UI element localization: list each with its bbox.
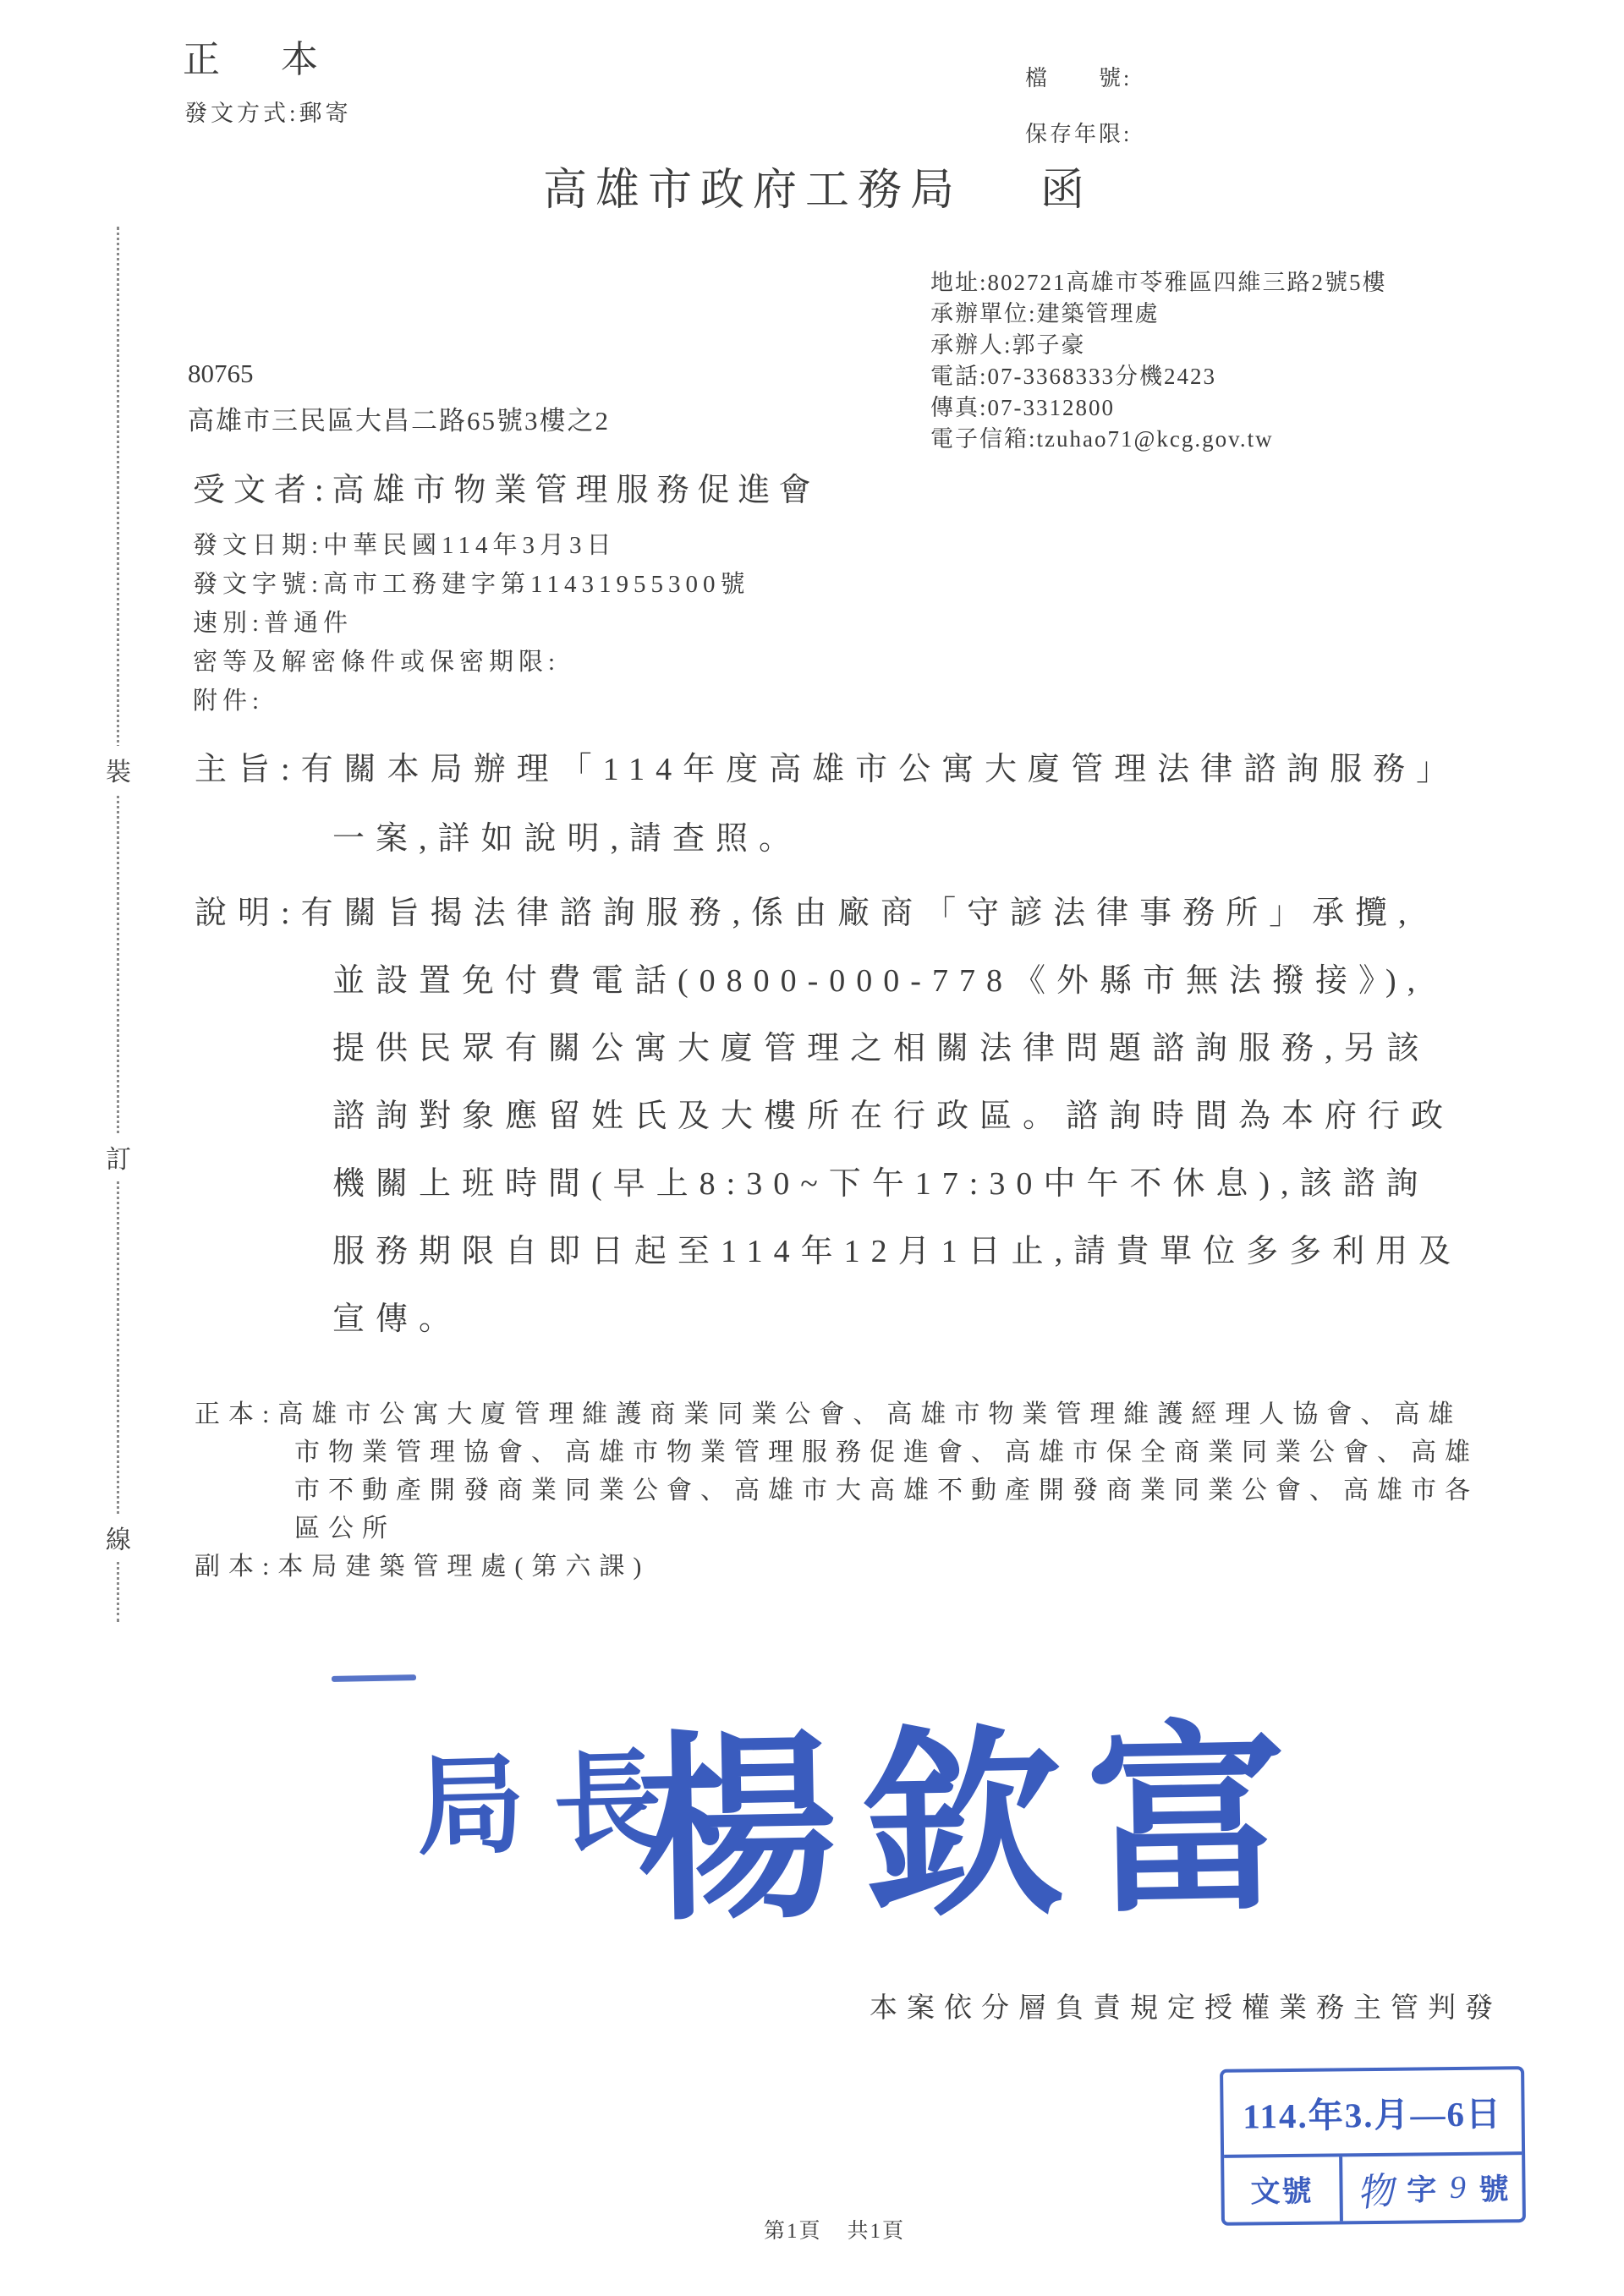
date-received-stamp: 114.年3.月—6日 文號 物 字 9 號 <box>1220 2066 1526 2226</box>
issue-date: 發文日期:中華民國114年3月3日 <box>193 526 749 565</box>
subject-label: 主旨: <box>195 752 301 787</box>
stamp-bottom-row: 文號 物 字 9 號 <box>1224 2151 1522 2222</box>
total-pages: 共1頁 <box>848 2214 906 2244</box>
issue-number: 發文字號:高市工務建字第11431955300號 <box>193 565 749 604</box>
signature-ink-dash <box>332 1674 416 1682</box>
speed-class: 速別:普通件 <box>193 604 749 643</box>
original-copies-line-1: 正本:高雄市公寓大廈管理維護商業同業公會、高雄市物業管理維護經理人協會、高雄 <box>195 1393 1462 1430</box>
stamp-doc-no-label: 文號 <box>1224 2156 1343 2222</box>
recipient-line: 受文者:高雄市物業管理服務促進會 <box>193 463 820 510</box>
stamp-suffix: 號 <box>1479 2166 1509 2208</box>
stamp-number: 9 <box>1450 2169 1466 2206</box>
original-copies-line-2: 市物業管理協會、高雄市物業管理服務促進會、高雄市保全商業同業公會、高雄 <box>294 1431 1479 1468</box>
carbon-copy-line: 副本:本局建築管理處(第六課) <box>195 1545 650 1582</box>
original-copies-label: 正本: <box>195 1400 277 1428</box>
document-title: 高雄市政府工務局 函 <box>543 154 1093 217</box>
fax-number: 傳真:07-3312800 <box>930 392 1387 424</box>
stamp-hand-character: 物 <box>1353 2160 1396 2218</box>
contact-info-block: 地址:802721高雄市苓雅區四維三路2號5樓 承辦單位:建築管理處 承辦人:郭… <box>930 267 1387 455</box>
signature-name: 楊欽富 <box>634 1658 1314 1959</box>
carbon-copy-label: 副本: <box>195 1553 277 1581</box>
page-footer: 第1頁 共1頁 <box>764 2214 905 2244</box>
stamp-date: 114.年3.月—6日 <box>1223 2069 1522 2155</box>
binding-dotted-line <box>117 227 119 1622</box>
recipient-zip: 80765 <box>188 359 254 389</box>
description-line-1: 說明:有關旨揭法律諮詢服務,係由廠商「守諺法律事務所」承攬, <box>195 886 1418 933</box>
document-type: 函 <box>1040 154 1093 217</box>
file-number-label: 檔 號: <box>1025 61 1132 92</box>
description-text-1: 有關旨揭法律諮詢服務,係由廠商「守諺法律事務所」承攬, <box>301 896 1418 931</box>
recipient-street-address: 高雄市三民區大昌二路65號3樓之2 <box>188 399 610 437</box>
handling-person: 承辦人:郭子豪 <box>930 330 1387 361</box>
description-line-5: 機關上班時間(早上8:30~下午17:30中午不休息),該諮詢 <box>332 1157 1429 1203</box>
delivery-method: 發文方式:郵寄 <box>184 95 352 128</box>
copy-type-label: 正 本 <box>183 29 330 83</box>
original-copies-line-4: 區公所 <box>294 1507 396 1544</box>
stamp-doc-no-value: 物 字 9 號 <box>1342 2155 1522 2221</box>
retention-period-label: 保存年限: <box>1025 117 1132 148</box>
subject-line-2: 一案,詳如說明,請查照。 <box>332 812 802 858</box>
binding-mark-ding: 訂 <box>100 1133 137 1181</box>
subject-text-1: 有關本局辦理「114年度高雄市公寓大廈管理法律諮詢服務」 <box>301 752 1460 787</box>
agency-address: 地址:802721高雄市苓雅區四維三路2號5樓 <box>930 267 1387 299</box>
authorization-note: 本案依分層負責規定授權業務主管判發 <box>870 1986 1502 2025</box>
description-line-4: 諮詢對象應留姓氏及大樓所在行政區。諮詢時間為本府行政 <box>332 1089 1454 1136</box>
document-page: 正 本 發文方式:郵寄 檔 號: 保存年限: 高雄市政府工務局 函 地址:802… <box>0 0 1624 2296</box>
page-number: 第1頁 <box>764 2214 822 2244</box>
stamp-word-character: 字 <box>1407 2167 1437 2209</box>
handling-unit: 承辦單位:建築管理處 <box>930 299 1387 330</box>
attachment-label: 附件: <box>193 682 749 721</box>
description-line-6: 服務期限自即日起至114年12月1日止,請貴單位多多利用及 <box>332 1225 1462 1271</box>
issuing-agency: 高雄市政府工務局 <box>543 154 963 217</box>
document-meta-block: 發文日期:中華民國114年3月3日 發文字號:高市工務建字第1143195530… <box>193 526 749 721</box>
phone-number: 電話:07-3368333分機2423 <box>930 361 1387 392</box>
description-line-7: 宣傳。 <box>332 1292 462 1339</box>
binding-mark-zhuang: 裝 <box>100 746 137 793</box>
description-line-2: 並設置免付費電話(0800-000-778《外縣市無法撥接》), <box>332 954 1426 1000</box>
carbon-copy-text: 本局建築管理處(第六課) <box>277 1553 650 1581</box>
original-copies-line-3: 市不動產開發商業同業公會、高雄市大高雄不動產開發商業同業公會、高雄市各 <box>294 1469 1479 1506</box>
description-line-3: 提供民眾有關公寓大廈管理之相關法律問題諮詢服務,另該 <box>332 1022 1430 1068</box>
email-address: 電子信箱:tzuhao71@kcg.gov.tw <box>930 424 1387 455</box>
binding-mark-xian: 線 <box>100 1514 137 1561</box>
description-label: 說明: <box>195 896 301 931</box>
original-copies-text-1: 高雄市公寓大廈管理維護商業同業公會、高雄市物業管理維護經理人協會、高雄 <box>277 1400 1462 1428</box>
security-class: 密等及解密條件或保密期限: <box>193 643 749 682</box>
subject-line-1: 主旨:有關本局辦理「114年度高雄市公寓大廈管理法律諮詢服務」 <box>195 743 1459 789</box>
